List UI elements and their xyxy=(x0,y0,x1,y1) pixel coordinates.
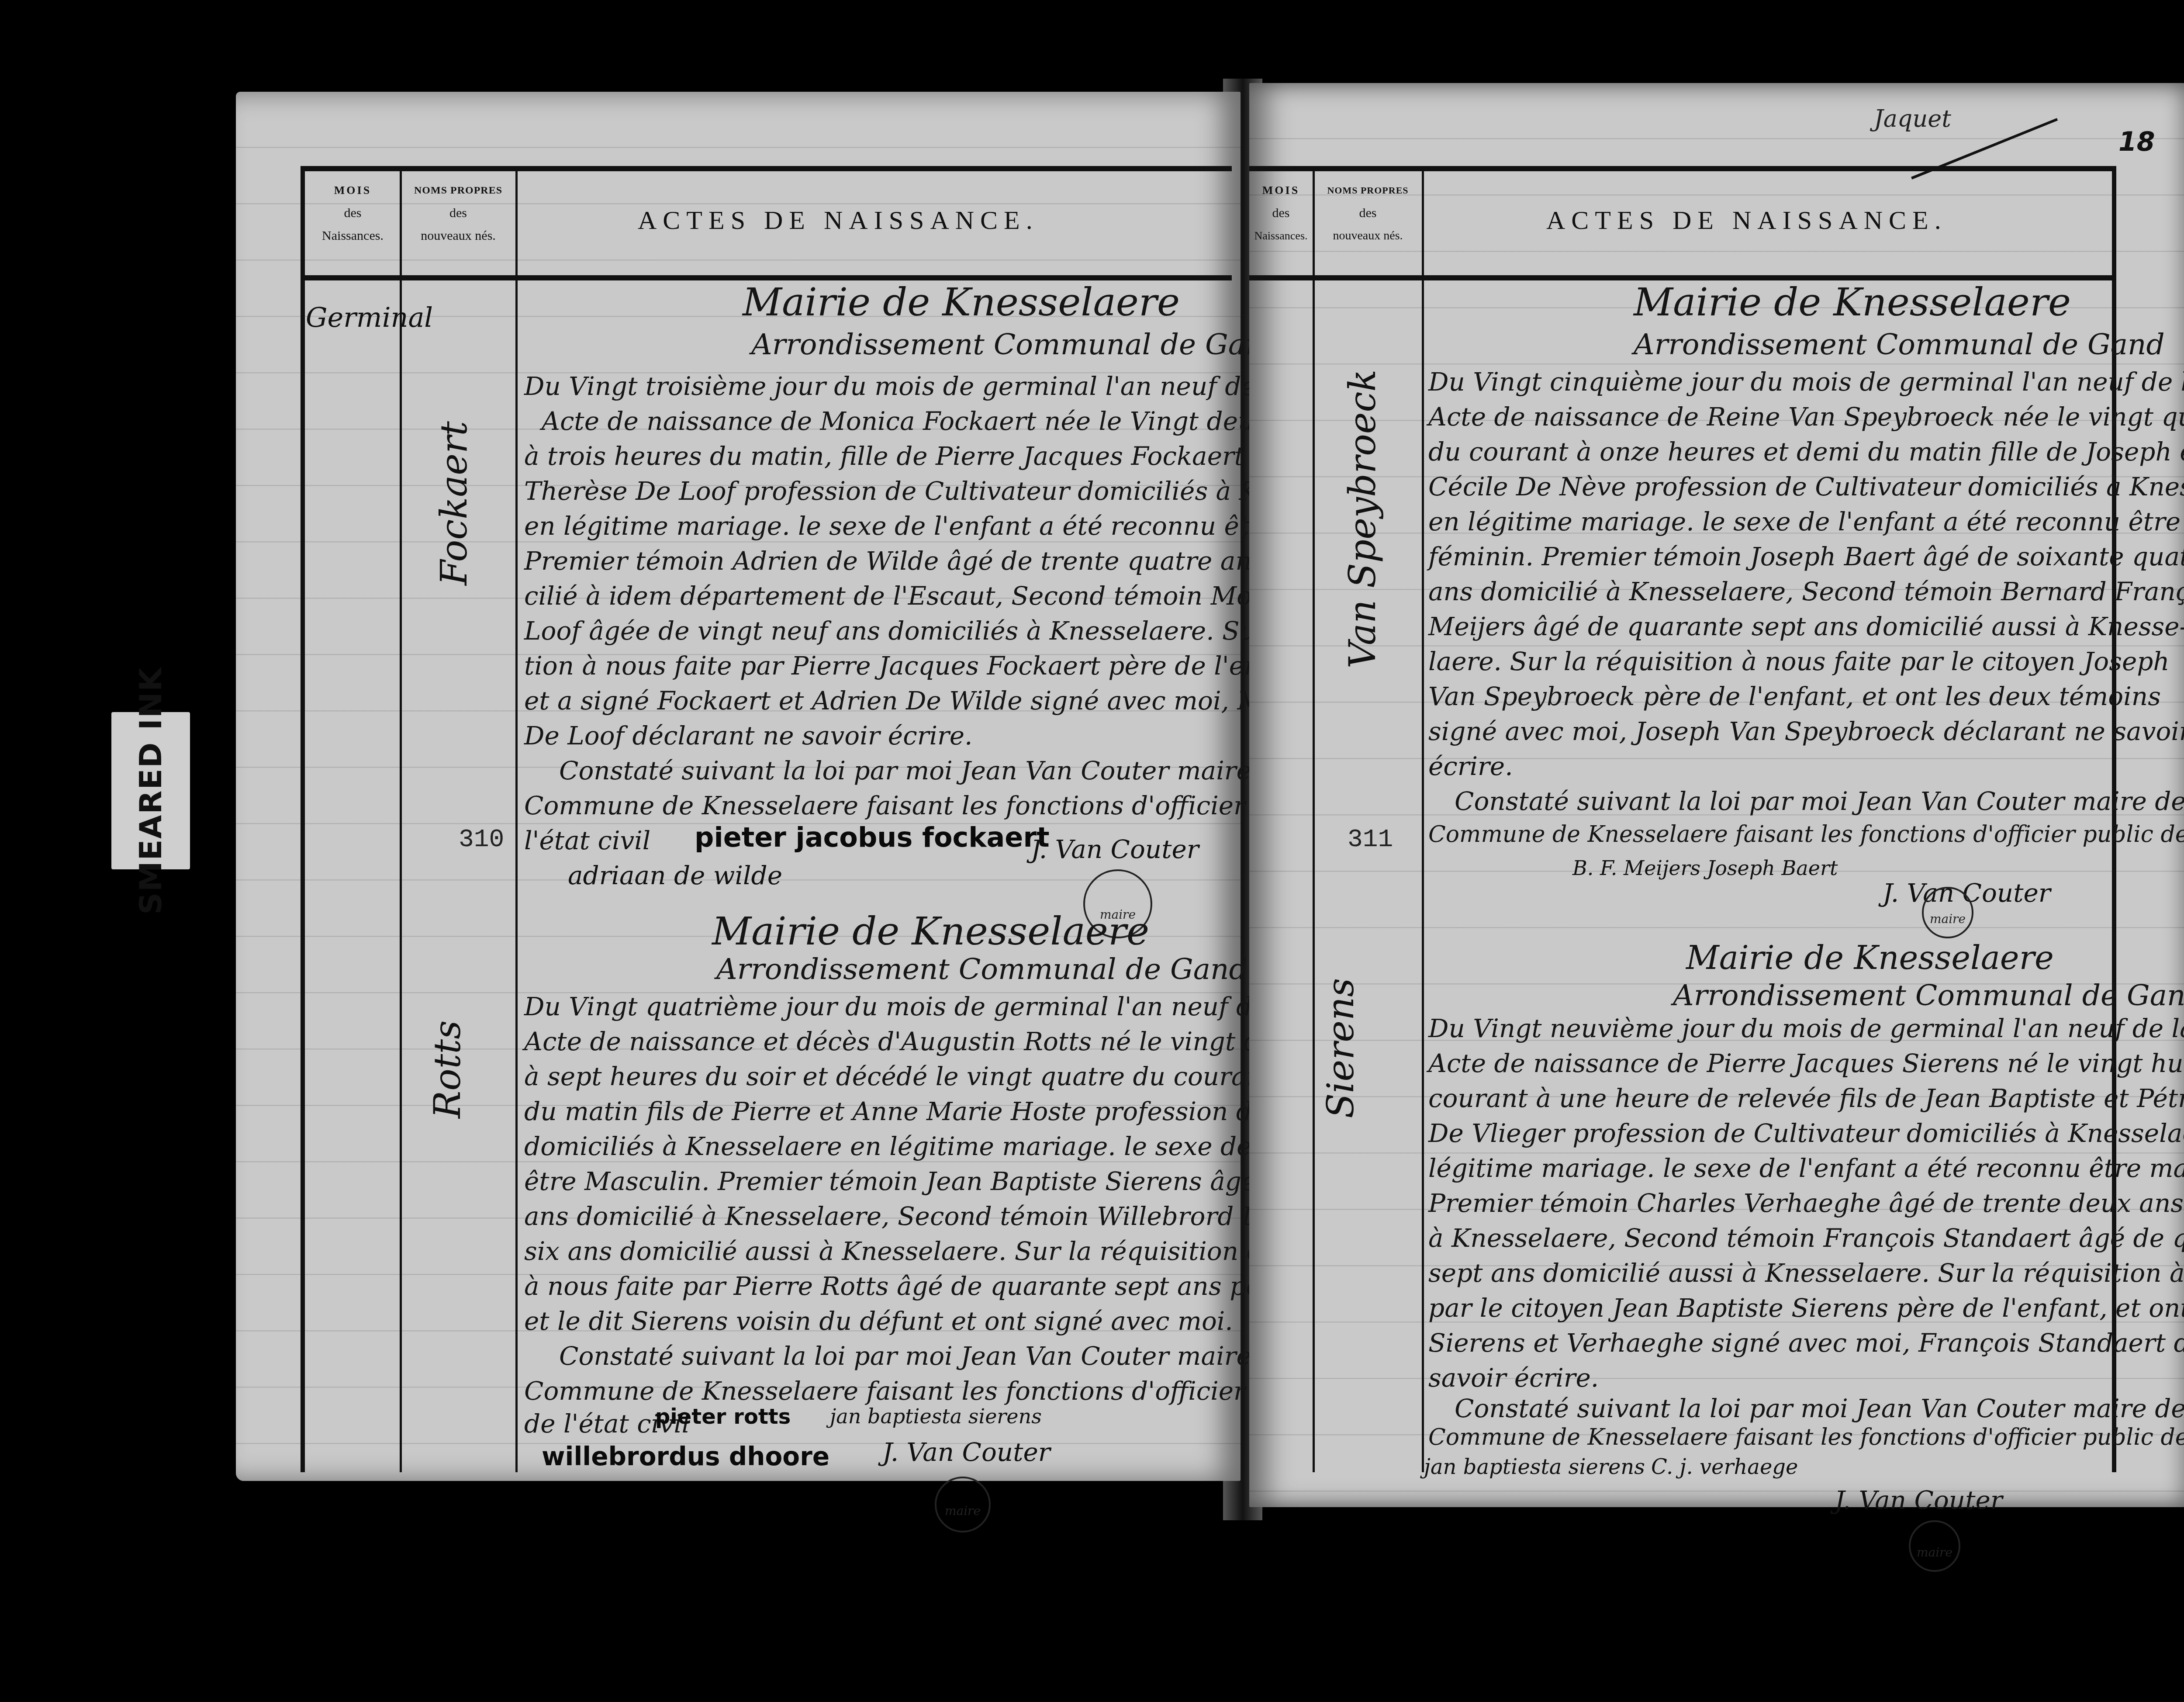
record-line: l'état civil xyxy=(524,826,650,855)
record-line: Constaté suivant la loi par moi Jean Van… xyxy=(559,1341,1322,1371)
maire-seal-2: maire xyxy=(935,1477,991,1532)
record-line: savoir écrire. xyxy=(1428,1363,1599,1393)
right-header-mois: MOIS des Naissances. xyxy=(1249,179,1313,247)
record-number-311: 311 xyxy=(1348,826,1393,854)
signature-verhaege: C. j. verhaege xyxy=(1651,1455,1798,1479)
record-line: écrire. xyxy=(1428,751,1513,781)
record-line: De Vlieger profession de Cultivateur dom… xyxy=(1428,1118,2184,1148)
header-mois-line1: MOIS xyxy=(306,179,400,202)
record-rotts-arrondissement: Arrondissement Communal de Gand xyxy=(716,952,1248,986)
record-line: Constaté suivant la loi par moi Jean Van… xyxy=(559,756,1322,785)
right-col-divider-2 xyxy=(1422,168,1424,1472)
record-line: cilié à idem département de l'Escaut, Se… xyxy=(524,581,1349,611)
record-rotts-margin-name: Rotts xyxy=(426,1021,469,1118)
right-col-divider-1 xyxy=(1313,168,1315,1472)
record-line: du courant à onze heures et demi du mati… xyxy=(1428,437,2184,467)
top-annotation: Jaquet xyxy=(1874,105,1951,132)
record-sierens-margin-name: Sierens xyxy=(1319,978,1362,1118)
header-noms-line3: nouveaux nés. xyxy=(401,225,515,247)
record-line: courant à une heure de relevée fils de J… xyxy=(1428,1083,2184,1113)
header-noms-line1: NOMS PROPRES xyxy=(401,179,515,202)
signature-fockaert: pieter jacobus fockaert xyxy=(695,821,1050,853)
record-line: sept ans domicilié aussi à Knesselaere. … xyxy=(1428,1258,2184,1288)
left-col-divider-2 xyxy=(515,168,518,1472)
record-sierens-arrondissement: Arrondissement Communal de Gand xyxy=(1673,979,2184,1012)
signature-pieter-rotts: pieter rotts xyxy=(655,1404,791,1429)
record-line: Sierens et Verhaeghe signé avec moi, Fra… xyxy=(1428,1328,2184,1358)
right-page-title: ACTES DE NAISSANCE. xyxy=(1546,205,1947,235)
record-line: féminin. Premier témoin Joseph Baert âgé… xyxy=(1428,542,2184,571)
record-311-mairie: Mairie de Knesselaere xyxy=(1634,280,2071,325)
record-line: Constaté suivant la loi par moi Jean Van… xyxy=(1455,1394,2184,1423)
record-311-arrondissement: Arrondissement Communal de Gand xyxy=(1634,328,2165,361)
record-line: Acte de naissance de Reine Van Speybroec… xyxy=(1428,402,2184,432)
signature-van-couter-4: J. Van Couter xyxy=(1835,1485,2003,1515)
left-outer-border xyxy=(301,166,305,1472)
right-header-noms: NOMS PROPRES des nouveaux nés. xyxy=(1314,179,1422,247)
record-310-margin-name: Fockaert xyxy=(432,421,475,585)
maire-seal-4: maire xyxy=(1909,1520,1960,1572)
header-mois-line2: des xyxy=(1249,202,1313,225)
record-line: Premier témoin Charles Verhaeghe âgé de … xyxy=(1428,1188,2184,1218)
record-line: ans domicilié à Knesselaere, Second témo… xyxy=(1428,577,2184,606)
left-header-noms: NOMS PROPRES des nouveaux nés. xyxy=(401,179,515,247)
record-line: par le citoyen Jean Baptiste Sierens pèr… xyxy=(1428,1293,2184,1323)
record-line: Du Vingt cinquième jour du mois de germi… xyxy=(1428,367,2184,397)
signature-de-wilde: adriaan de wilde xyxy=(568,861,782,890)
left-page-title: ACTES DE NAISSANCE. xyxy=(638,205,1039,235)
record-line: De Loof déclarant ne savoir écrire. xyxy=(524,721,972,751)
record-line: et le dit Sierens voisin du défunt et on… xyxy=(524,1306,1233,1336)
record-line: et a signé Fockaert et Adrien De Wilde s… xyxy=(524,686,1332,716)
maire-seal-3: maire xyxy=(1922,887,1973,938)
header-mois-line2: des xyxy=(306,202,400,225)
left-month-label: Germinal xyxy=(306,301,433,333)
record-line: Acte de naissance de Pierre Jacques Sier… xyxy=(1428,1048,2184,1078)
record-line: signé avec moi, Joseph Van Speybroeck dé… xyxy=(1428,716,2184,746)
record-line: Meijers âgé de quarante sept ans domicil… xyxy=(1428,612,2184,641)
header-noms-line3: nouveaux nés. xyxy=(1314,225,1422,247)
smeared-ink-text: SMEARED INK xyxy=(133,667,169,914)
record-line: Constaté suivant la loi par moi Jean Van… xyxy=(1455,786,2184,816)
record-line: Commune de Knesselaere faisant les fonct… xyxy=(1428,821,2184,848)
record-311-margin-name: Van Speybroeck xyxy=(1341,370,1384,668)
header-mois-line3: Naissances. xyxy=(306,225,400,247)
record-310-arrondissement: Arrondissement Communal de Gand xyxy=(751,328,1282,361)
folio-number: 18 xyxy=(2118,127,2155,157)
record-310-mairie: Mairie de Knesselaere xyxy=(743,280,1180,325)
record-line: laere. Sur la réquisition à nous faite p… xyxy=(1428,647,2170,676)
header-noms-line2: des xyxy=(1314,202,1422,225)
record-line: à Knesselaere, Second témoin François St… xyxy=(1428,1223,2184,1253)
record-line: Commune de Knesselaere faisant les fonct… xyxy=(1428,1424,2184,1450)
signature-meijers-baert: B. F. Meijers Joseph Baert xyxy=(1572,856,1838,880)
header-mois-line1: MOIS xyxy=(1249,179,1313,202)
record-line: Premier témoin Adrien de Wilde âgé de tr… xyxy=(524,546,1345,576)
record-line: en légitime mariage. le sexe de l'enfant… xyxy=(1428,507,2181,536)
signature-sierens: jan baptiesta sierens xyxy=(830,1404,1042,1428)
signature-van-couter: J. Van Couter xyxy=(1031,834,1199,864)
record-line: légitime mariage. le sexe de l'enfant a … xyxy=(1428,1153,2184,1183)
left-header-top-rule xyxy=(301,166,1232,171)
header-mois-line3: Naissances. xyxy=(1249,225,1313,247)
record-line: tion à nous faite par Pierre Jacques Foc… xyxy=(524,651,1311,681)
record-rotts-mairie: Mairie de Knesselaere xyxy=(712,909,1149,954)
header-noms-line2: des xyxy=(401,202,515,225)
signature-jan-baptiesta-sierens: jan baptiesta sierens xyxy=(1424,1455,1645,1479)
record-line: Commune de Knesselaere faisant les fonct… xyxy=(524,791,1372,820)
signature-dhoore: willebrordus dhoore xyxy=(542,1442,829,1471)
left-header-mois: MOIS des Naissances. xyxy=(306,179,400,247)
right-header-top-rule xyxy=(1249,166,2114,171)
smeared-ink-label: SMEARED INK xyxy=(111,712,190,869)
header-noms-line1: NOMS PROPRES xyxy=(1314,179,1422,202)
left-col-divider-1 xyxy=(400,168,402,1472)
record-line: Du Vingt neuvième jour du mois de germin… xyxy=(1428,1014,2184,1043)
signature-van-couter-2: J. Van Couter xyxy=(882,1437,1051,1467)
record-line: Cécile De Nève profession de Cultivateur… xyxy=(1428,472,2184,502)
record-line: Van Speybroeck père de l'enfant, et ont … xyxy=(1428,681,2161,711)
record-sierens-mairie: Mairie de Knesselaere xyxy=(1686,939,2054,977)
record-number-310: 310 xyxy=(459,826,504,854)
record-line: Commune de Knesselaere faisant les fonct… xyxy=(524,1376,1333,1406)
